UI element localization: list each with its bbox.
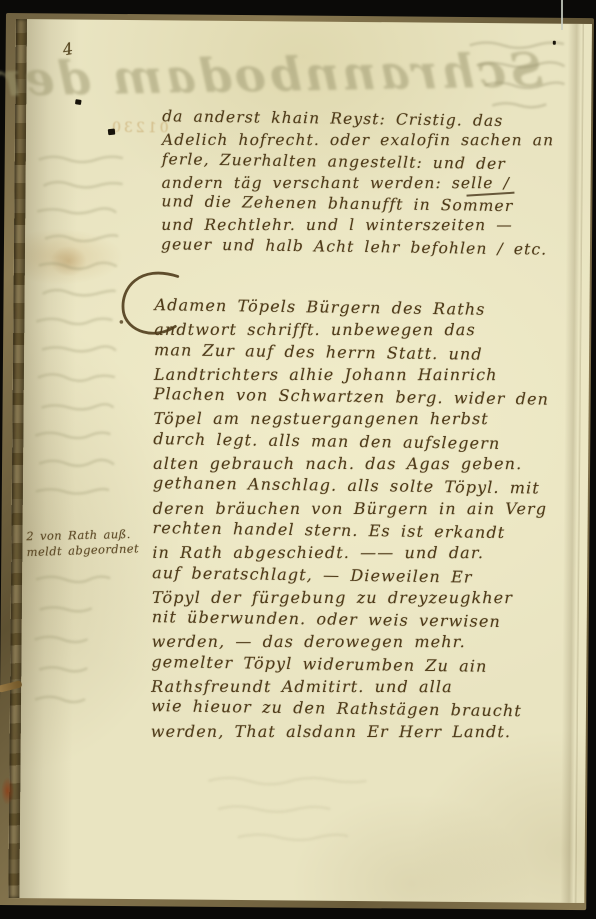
manuscript-line: deren bräuchen von Bürgern in ain Verg	[153, 499, 573, 522]
manuscript-line: Adelich hofrecht. oder exalofin sachen a…	[162, 131, 574, 153]
manuscript-line: Töpel am negstuergangenen herbst	[153, 409, 573, 432]
manuscript-line: ferle, Zuerhalten angestellt: und der	[162, 150, 574, 177]
manuscript-scan: Schrannbodam der 01230	[0, 0, 596, 919]
manuscript-line: durch legt. alls man den aufslegern	[153, 429, 573, 457]
paragraph-1: da anderst khain Reyst: Cristig. dasAdel…	[161, 108, 574, 261]
edge-stain	[1, 777, 14, 805]
margin-note: 2 von Rath auß.meldt abgeordnet	[26, 526, 167, 560]
manuscript-line: und Rechtlehr. und l winterszeiten —	[161, 216, 573, 238]
manuscript-line: in Rath abgeschiedt. —— und dar.	[152, 543, 572, 566]
bleedthrough-digits: 01230	[109, 120, 169, 137]
manuscript-line: wie hieuor zu den Rathstägen braucht	[151, 696, 571, 724]
paragraph-2: Adamen Töpels Bürgern des Rathsandtwort …	[151, 296, 575, 746]
ink-blot	[75, 99, 82, 105]
ink-blot	[108, 129, 116, 136]
manuscript-line: geuer und halb Acht lehr befohlen / etc.	[161, 235, 573, 262]
manuscript-line: auf beratschlagt, — Dieweilen Er	[152, 563, 572, 591]
manuscript-line: andtwort schrifft. unbewegen das	[154, 320, 574, 343]
manuscript-line: Töpyl der fürgebung zu dreyzeugkher	[152, 588, 572, 611]
manuscript-line: werden, — das derowegen mehr.	[152, 632, 572, 655]
manuscript-line: man Zur auf des herrn Statt. und	[154, 340, 574, 368]
ink-speck	[553, 41, 556, 45]
gutter-shadow	[19, 19, 79, 898]
manuscript-line: gethanen Anschlag. alls solte Töpyl. mit	[153, 473, 573, 501]
manuscript-line: werden, That alsdann Er Herr Landt.	[151, 721, 571, 744]
hair-artifact	[561, 0, 563, 30]
manuscript-line: gemelter Töpyl widerumben Zu ain	[151, 652, 571, 680]
manuscript-page: Schrannbodam der 01230	[8, 19, 592, 903]
